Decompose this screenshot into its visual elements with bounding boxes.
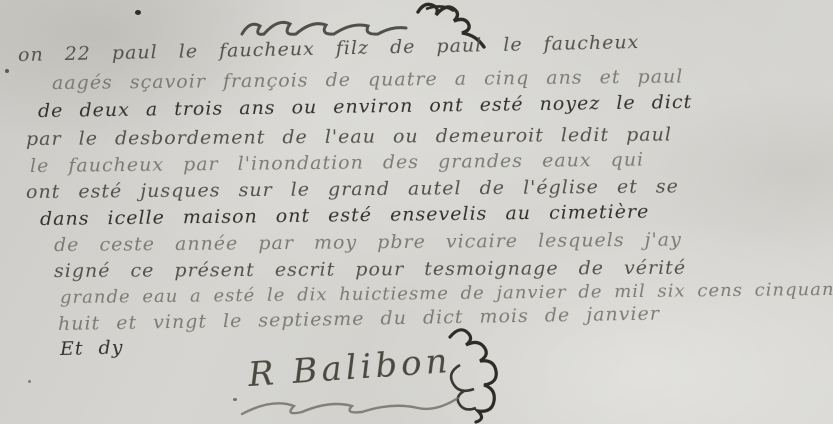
manuscript-line: par le desbordement de l'eau ou demeuroi… — [26, 123, 672, 150]
ink-speck — [233, 398, 237, 401]
ink-speck — [135, 10, 141, 15]
manuscript-line: de deux a trois ans ou environ ont esté … — [38, 91, 692, 122]
manuscript-line: le faucheux par l'inondation des grandes… — [30, 149, 644, 177]
manuscript-line: huit et vingt le septiesme du dict mois … — [58, 302, 660, 335]
manuscript-line: Et dy — [60, 336, 124, 360]
ink-speck — [5, 69, 9, 73]
signature: R Balibon — [247, 341, 453, 395]
manuscript-line: aagés sçavoir françois de quatre a cinq … — [52, 65, 684, 94]
signature-underline-flourish-icon — [240, 392, 460, 420]
manuscript-line: grande eau a esté le dix huictiesme de j… — [60, 279, 833, 308]
manuscript-page: on 22 paul le faucheux filz de paul le f… — [0, 0, 833, 424]
manuscript-line: de ceste année par moy pbre vicaire lesq… — [54, 229, 682, 256]
manuscript-line: dans icelle maison ont esté ensevelis au… — [40, 201, 650, 230]
manuscript-line: signé ce présent escrit pour tesmoignage… — [54, 257, 686, 282]
manuscript-line: ont esté jusques sur le grand autel de l… — [26, 175, 679, 203]
ink-speck — [28, 380, 31, 383]
